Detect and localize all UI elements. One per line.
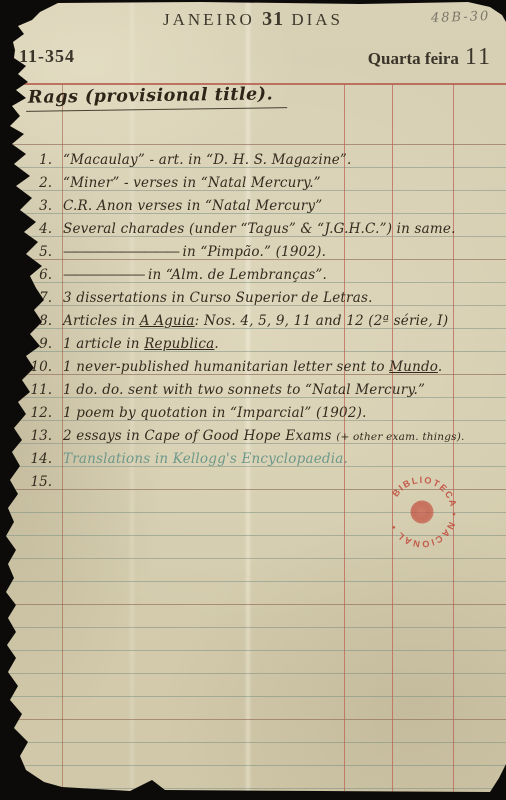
- stamp-emblem: [407, 497, 438, 528]
- list-item: 4.Several charades (under “Tagus” & “J.G…: [30, 214, 502, 237]
- list-item-segment: Mundo: [389, 359, 438, 375]
- list-item-text: C.R. Anon verses in “Natal Mercury”: [63, 199, 322, 214]
- list-item-segment: 1 never-published humanitarian letter se…: [63, 359, 389, 375]
- list-item: 2.“Miner” - verses in “Natal Mercury.”: [30, 168, 502, 191]
- list-item-segment: 1 article in: [63, 336, 144, 352]
- list-item-segment: Articles in: [63, 313, 140, 329]
- scanned-diary-page: JANEIRO 31 DIAS 48B-30 11-354 Quarta fei…: [0, 0, 506, 800]
- list-item-number: 1.: [30, 153, 52, 168]
- list-item-number: 10.: [30, 360, 52, 375]
- list-item-segment: 2 essays in Cape of Good Hope Exams: [63, 428, 336, 444]
- list-item-number: 14.: [30, 452, 52, 467]
- list-item-text: —————————— in “Pimpão.” (1902).: [63, 245, 326, 260]
- list-item-number: 5.: [30, 245, 52, 260]
- list-item-number: 8.: [30, 314, 52, 329]
- list-item-segment: (+ other exam. things).: [336, 431, 464, 443]
- handwritten-list: 1.“Macaulay” - art. in “D. H. S. Magazin…: [0, 0, 506, 800]
- paper-sheet: JANEIRO 31 DIAS 48B-30 11-354 Quarta fei…: [0, 0, 506, 800]
- list-item: 14.Translations in Kellogg's Encyclopaed…: [30, 444, 502, 467]
- list-item-segment: “Miner” - verses in “Natal Mercury.”: [63, 175, 321, 191]
- list-item-number: 15.: [30, 475, 52, 490]
- list-item-segment: in “Alm. de Lembranças”.: [144, 267, 327, 283]
- list-item-segment: in “Pimpão.” (1902).: [178, 244, 326, 260]
- list-item-number: 13.: [30, 429, 52, 444]
- list-item: 5.—————————— in “Pimpão.” (1902).: [30, 237, 502, 260]
- list-item-segment: ——————————: [63, 244, 178, 260]
- list-item-number: 3.: [30, 199, 52, 214]
- list-item-text: 1 poem by quotation in “Imparcial” (1902…: [63, 406, 367, 421]
- list-item: 1.“Macaulay” - art. in “D. H. S. Magazin…: [30, 145, 502, 168]
- list-item-text: “Miner” - verses in “Natal Mercury.”: [63, 176, 321, 191]
- list-item-text: 1 article in Republica.: [63, 337, 219, 352]
- list-item: 10.1 never-published humanitarian letter…: [30, 352, 502, 375]
- list-item: 8.Articles in A Aguia: Nos. 4, 5, 9, 11 …: [30, 306, 502, 329]
- list-item-segment: 3 dissertations in Curso Superior de Let…: [63, 290, 373, 306]
- list-item-segment: Republica: [144, 336, 214, 352]
- list-item-segment: Translations in Kellogg's Encyclopaedia.: [63, 451, 348, 467]
- list-item-segment: A Aguia: [140, 313, 195, 329]
- list-item: 13.2 essays in Cape of Good Hope Exams (…: [30, 421, 502, 444]
- list-item-segment: .: [438, 359, 443, 375]
- list-item-number: 6.: [30, 268, 52, 283]
- list-item-segment: .: [214, 336, 219, 352]
- list-item-number: 7.: [30, 291, 52, 306]
- list-item-number: 12.: [30, 406, 52, 421]
- list-item-text: 2 essays in Cape of Good Hope Exams (+ o…: [63, 429, 465, 444]
- list-item: 11.1 do. do. sent with two sonnets to “N…: [30, 375, 502, 398]
- list-item: 9.1 article in Republica.: [30, 329, 502, 352]
- list-item-text: Translations in Kellogg's Encyclopaedia.: [63, 452, 348, 467]
- list-item-segment: 1 do. do. sent with two sonnets to “Nata…: [63, 382, 425, 398]
- list-item-text: “Macaulay” - art. in “D. H. S. Magazine”…: [63, 153, 352, 168]
- list-item-segment: : Nos. 4, 5, 9, 11 and 12 (2ª série, I): [195, 313, 449, 329]
- list-item-segment: 1 poem by quotation in “Imparcial” (1902…: [63, 405, 367, 421]
- list-item-text: Several charades (under “Tagus” & “J.G.H…: [63, 222, 456, 237]
- list-item-text: Articles in A Aguia: Nos. 4, 5, 9, 11 an…: [63, 314, 448, 329]
- list-item-number: 4.: [30, 222, 52, 237]
- list-item: 3.C.R. Anon verses in “Natal Mercury”: [30, 191, 502, 214]
- list-item-segment: ———————: [63, 267, 144, 283]
- list-item-text: 3 dissertations in Curso Superior de Let…: [63, 291, 373, 306]
- list-item-text: ——————— in “Alm. de Lembranças”.: [63, 268, 327, 283]
- list-item-segment: C.R. Anon verses in “Natal Mercury”: [63, 198, 322, 214]
- list-item-text: 1 never-published humanitarian letter se…: [63, 360, 442, 375]
- list-item-number: 9.: [30, 337, 52, 352]
- list-item: 6.——————— in “Alm. de Lembranças”.: [30, 260, 502, 283]
- list-item-text: 1 do. do. sent with two sonnets to “Nata…: [63, 383, 425, 398]
- list-item: 12.1 poem by quotation in “Imparcial” (1…: [30, 398, 502, 421]
- list-item-number: 11.: [30, 383, 52, 398]
- list-item: 7.3 dissertations in Curso Superior de L…: [30, 283, 502, 306]
- list-item-segment: Several charades (under “Tagus” & “J.G.H…: [63, 221, 456, 237]
- list-item-number: 2.: [30, 176, 52, 191]
- list-item-segment: “Macaulay” - art. in “D. H. S. Magazine”…: [63, 152, 352, 168]
